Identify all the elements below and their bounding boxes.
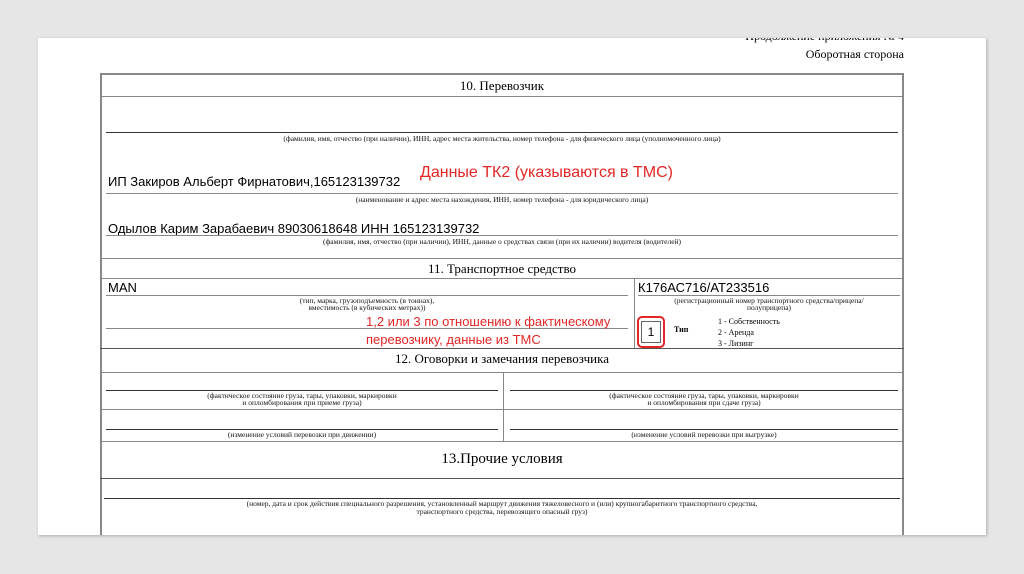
- column-divider: [503, 372, 504, 441]
- section-divider: [100, 258, 904, 259]
- reverse-side-label: Оборотная сторона: [806, 47, 904, 62]
- section-divider: [100, 441, 904, 442]
- section-13-title: 13.Прочие условия: [100, 451, 904, 468]
- caption-driver: (фамилия, имя, отчество (при наличии), И…: [100, 238, 904, 246]
- section-11-title: 11. Транспортное средство: [100, 261, 904, 277]
- divider: [100, 372, 904, 373]
- legal-entity-value[interactable]: ИП Закиров Альберт Фирнатович,1651231397…: [108, 174, 400, 189]
- individual-carrier-field[interactable]: [106, 132, 898, 133]
- appendix-continuation-label: Продолжение приложения № 4: [745, 38, 904, 44]
- caption-reg-2: полуприцепа): [638, 304, 900, 312]
- type-option-1: 1 - Собственность: [718, 317, 780, 326]
- annotation-type-2: перевозчику, данные из ТМС: [366, 332, 541, 347]
- caption-left-2: (изменение условий перевозки при движени…: [106, 431, 498, 439]
- column-divider: [634, 278, 635, 348]
- section-divider: [100, 348, 904, 349]
- annotation-type-1: 1,2 или 3 по отношению к фактическому: [366, 314, 610, 329]
- caption-left-1b: и опломбирования при приеме груза): [106, 399, 498, 407]
- vehicle-value[interactable]: MAN: [108, 280, 137, 295]
- type-label: Тип: [674, 325, 688, 334]
- type-option-2: 2 - Аренда: [718, 328, 754, 337]
- caption-vehicle-2: вместимость (в кубических метрах)): [106, 304, 628, 312]
- divider: [100, 96, 904, 97]
- divider: [100, 278, 904, 279]
- ownership-type-field[interactable]: 1: [641, 321, 661, 343]
- annotation-tk2: Данные ТК2 (указываются в ТМС): [420, 164, 673, 182]
- type-option-3: 3 - Лизинг: [718, 339, 753, 348]
- section-10-title: 10. Перевозчик: [100, 78, 904, 94]
- caption-13-2: транспортного средства, перевозящего опа…: [100, 508, 904, 516]
- divider: [100, 478, 904, 479]
- section-12-title: 12. Оговорки и замечания перевозчика: [100, 351, 904, 367]
- divider: [106, 235, 898, 236]
- driver-value[interactable]: Одылов Карим Зарабаевич 89030618648 ИНН …: [108, 221, 479, 236]
- divider: [106, 193, 898, 194]
- caption-right-1b: и опломбирования при сдаче груза): [510, 399, 898, 407]
- divider: [100, 409, 904, 410]
- caption-legal: (наименование и адрес места нахождения, …: [100, 196, 904, 204]
- document-page: Продолжение приложения № 4 Оборотная сто…: [38, 38, 986, 535]
- caption-right-2: (изменение условий перевозки при выгрузк…: [510, 431, 898, 439]
- registration-number-value[interactable]: К176АС716/АТ233516: [638, 280, 769, 295]
- caption-individual: (фамилия, имя, отчество (при наличии), И…: [100, 135, 904, 143]
